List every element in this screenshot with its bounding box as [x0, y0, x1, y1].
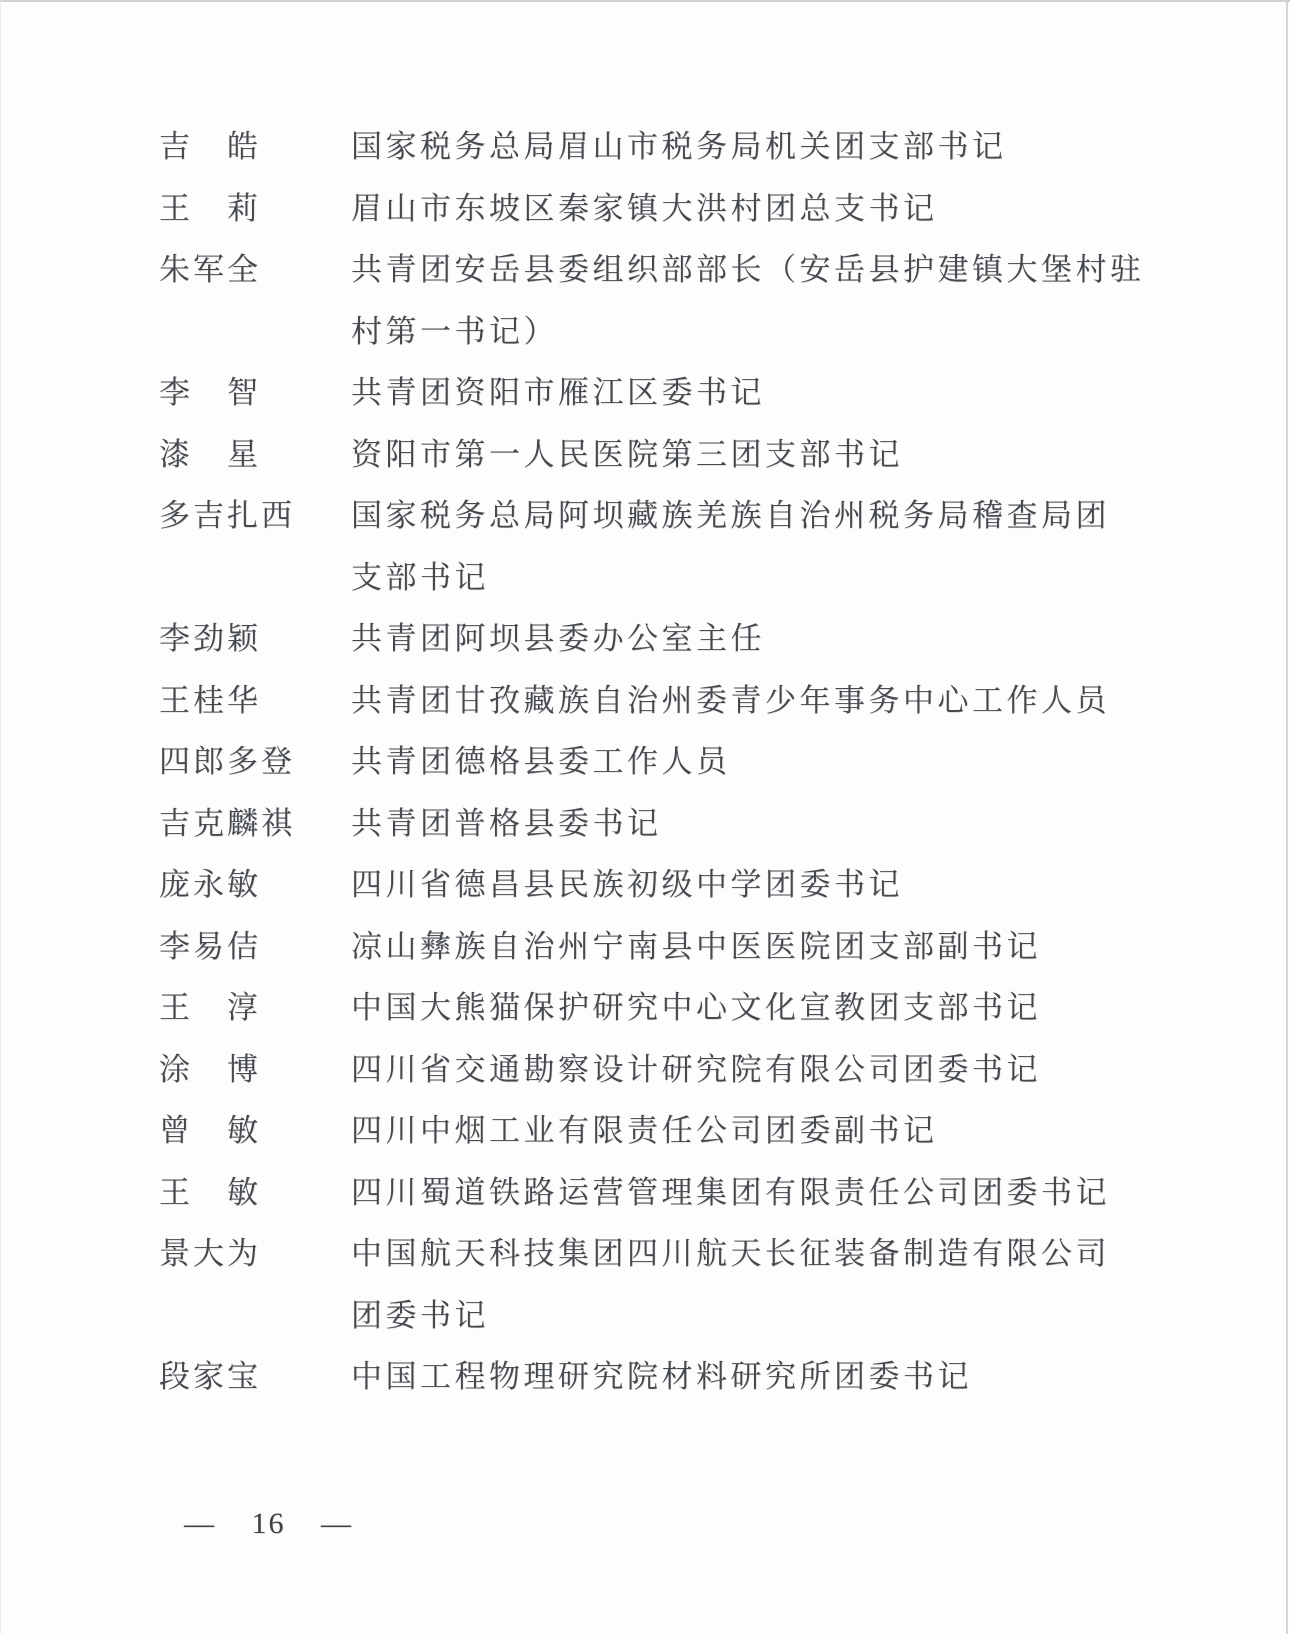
- awardee-name: 王桂华: [159, 670, 351, 732]
- awardee-name: 曾 敏: [159, 1100, 351, 1162]
- awardee-name: 四郎多登: [159, 731, 351, 793]
- awardee-position: 凉山彝族自治州宁南县中医医院团支部副书记: [351, 916, 1181, 978]
- awardee-position: 资阳市第一人民医院第三团支部书记: [351, 424, 1181, 486]
- list-item: 王 莉 眉山市东坡区秦家镇大洪村团总支书记: [159, 178, 1189, 240]
- awardee-position: 四川省交通勘察设计研究院有限公司团委书记: [351, 1039, 1181, 1101]
- awardee-position: 国家税务总局阿坝藏族羌族自治州税务局稽查局团 支部书记: [351, 485, 1181, 608]
- awardee-position: 中国大熊猫保护研究中心文化宣教团支部书记: [351, 977, 1181, 1039]
- awardee-position: 四川蜀道铁路运营管理集团有限责任公司团委书记: [351, 1162, 1181, 1224]
- list-item: 庞永敏 四川省德昌县民族初级中学团委书记: [159, 854, 1189, 916]
- awardee-name: 李易佶: [159, 916, 351, 978]
- awardee-name: 吉 皓: [159, 116, 351, 178]
- awardee-position: 共青团安岳县委组织部部长（安岳县护建镇大堡村驻 村第一书记）: [351, 239, 1181, 362]
- awardee-position: 四川省德昌县民族初级中学团委书记: [351, 854, 1181, 916]
- awardee-position: 共青团德格县委工作人员: [351, 731, 1181, 793]
- awardee-list: 吉 皓 国家税务总局眉山市税务局机关团支部书记 王 莉 眉山市东坡区秦家镇大洪村…: [159, 116, 1189, 1408]
- awardee-name: 多吉扎西: [159, 485, 351, 547]
- list-item: 王 淳 中国大熊猫保护研究中心文化宣教团支部书记: [159, 977, 1189, 1039]
- list-item: 朱军全 共青团安岳县委组织部部长（安岳县护建镇大堡村驻 村第一书记）: [159, 239, 1189, 362]
- document-page: 吉 皓 国家税务总局眉山市税务局机关团支部书记 王 莉 眉山市东坡区秦家镇大洪村…: [0, 0, 1290, 1634]
- awardee-position: 中国航天科技集团四川航天长征装备制造有限公司 团委书记: [351, 1223, 1181, 1346]
- awardee-name: 朱军全: [159, 239, 351, 301]
- page-number: — 16 —: [184, 1507, 353, 1541]
- awardee-name: 李 智: [159, 362, 351, 424]
- list-item: 吉 皓 国家税务总局眉山市税务局机关团支部书记: [159, 116, 1189, 178]
- awardee-name: 段家宝: [159, 1346, 351, 1408]
- list-item: 景大为 中国航天科技集团四川航天长征装备制造有限公司 团委书记: [159, 1223, 1189, 1346]
- list-item: 段家宝 中国工程物理研究院材料研究所团委书记: [159, 1346, 1189, 1408]
- list-item: 王 敏 四川蜀道铁路运营管理集团有限责任公司团委书记: [159, 1162, 1189, 1224]
- awardee-position: 国家税务总局眉山市税务局机关团支部书记: [351, 116, 1181, 178]
- awardee-position: 共青团普格县委书记: [351, 793, 1181, 855]
- awardee-name: 王 淳: [159, 977, 351, 1039]
- awardee-position: 四川中烟工业有限责任公司团委副书记: [351, 1100, 1181, 1162]
- awardee-name: 王 莉: [159, 178, 351, 240]
- awardee-position: 中国工程物理研究院材料研究所团委书记: [351, 1346, 1181, 1408]
- list-item: 多吉扎西 国家税务总局阿坝藏族羌族自治州税务局稽查局团 支部书记: [159, 485, 1189, 608]
- awardee-name: 吉克麟祺: [159, 793, 351, 855]
- scan-edge-line: [1286, 2, 1288, 1634]
- awardee-name: 景大为: [159, 1223, 351, 1285]
- awardee-position: 眉山市东坡区秦家镇大洪村团总支书记: [351, 178, 1181, 240]
- awardee-name: 李劲颖: [159, 608, 351, 670]
- list-item: 漆 星 资阳市第一人民医院第三团支部书记: [159, 424, 1189, 486]
- list-item: 涂 博 四川省交通勘察设计研究院有限公司团委书记: [159, 1039, 1189, 1101]
- awardee-name: 漆 星: [159, 424, 351, 486]
- awardee-position: 共青团阿坝县委办公室主任: [351, 608, 1181, 670]
- awardee-position: 共青团甘孜藏族自治州委青少年事务中心工作人员: [351, 670, 1181, 732]
- list-item: 四郎多登 共青团德格县委工作人员: [159, 731, 1189, 793]
- list-item: 王桂华 共青团甘孜藏族自治州委青少年事务中心工作人员: [159, 670, 1189, 732]
- awardee-name: 王 敏: [159, 1162, 351, 1224]
- awardee-position: 共青团资阳市雁江区委书记: [351, 362, 1181, 424]
- list-item: 曾 敏 四川中烟工业有限责任公司团委副书记: [159, 1100, 1189, 1162]
- list-item: 李劲颖 共青团阿坝县委办公室主任: [159, 608, 1189, 670]
- awardee-name: 涂 博: [159, 1039, 351, 1101]
- list-item: 李易佶 凉山彝族自治州宁南县中医医院团支部副书记: [159, 916, 1189, 978]
- awardee-name: 庞永敏: [159, 854, 351, 916]
- list-item: 吉克麟祺 共青团普格县委书记: [159, 793, 1189, 855]
- list-item: 李 智 共青团资阳市雁江区委书记: [159, 362, 1189, 424]
